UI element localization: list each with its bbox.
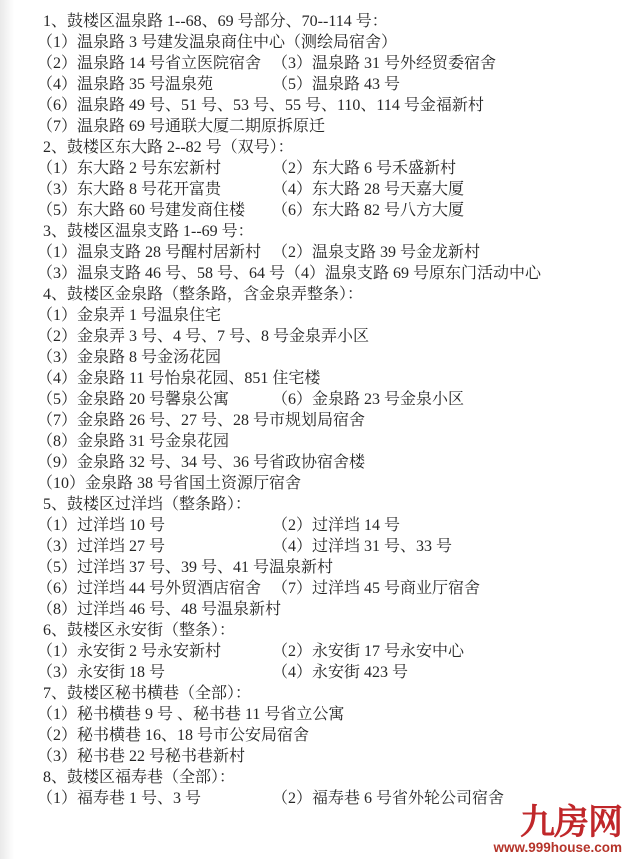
address-item: （6）过洋垱 44 号外贸酒店宿舍 xyxy=(37,578,272,599)
address-item: （8）金泉路 31 号金泉花园 xyxy=(37,431,229,452)
address-item: （7）温泉路 69 号通联大厦二期原拆原迁 xyxy=(37,116,325,137)
address-row: （5）金泉路 20 号馨泉公寓（6）金泉路 23 号金泉小区 xyxy=(37,389,621,410)
section-heading: 3、鼓楼区温泉支路 1--69 号： xyxy=(37,221,621,242)
address-item: （5）过洋垱 37 号、39 号、41 号温泉新村 xyxy=(37,557,333,578)
address-item: （7）过洋垱 45 号商业厅宿舍 xyxy=(272,578,480,599)
address-item: （5）温泉路 43 号 xyxy=(272,74,400,95)
address-item: （1）温泉支路 28 号醒村居新村 xyxy=(37,242,272,263)
address-item: （2）温泉支路 39 号金龙新村 xyxy=(272,242,480,263)
address-item: （3）温泉支路 46 号、58 号、64 号 xyxy=(37,263,285,284)
address-row: （9）金泉路 32 号、34 号、36 号省政协宿舍楼 xyxy=(37,452,621,473)
address-row: （1）福寿巷 1 号、3 号（2）福寿巷 6 号省外轮公司宿舍 xyxy=(37,788,621,809)
address-item: （8）过洋垱 46 号、48 号温泉新村 xyxy=(37,599,281,620)
address-item: （3）秘书巷 22 号秘书巷新村 xyxy=(37,746,245,767)
document-page: 1、鼓楼区温泉路 1--68、69 号部分、70--114 号：（1）温泉路 3… xyxy=(0,0,625,859)
address-row: （7）金泉路 26 号、27 号、28 号市规划局宿舍 xyxy=(37,410,621,431)
address-item: （1）温泉路 3 号建发温泉商住中心（测绘局宿舍） xyxy=(37,32,397,53)
address-item: （10）金泉路 38 号省国土资源厅宿舍 xyxy=(37,473,301,494)
address-row: （8）过洋垱 46 号、48 号温泉新村 xyxy=(37,599,621,620)
watermark-url: www.999house.com xyxy=(493,840,622,855)
address-item: （1）金泉弄 1 号温泉住宅 xyxy=(37,305,221,326)
address-item: （4）温泉路 35 号温泉苑 xyxy=(37,74,272,95)
address-item: （4）温泉支路 69 号原东门活动中心 xyxy=(285,263,541,284)
section-heading: 2、鼓楼区东大路 2--82 号（双号）： xyxy=(37,137,621,158)
address-item: （4）金泉路 11 号怡泉花园、851 住宅楼 xyxy=(37,368,320,389)
address-row: （3）东大路 8 号花开富贵（4）东大路 28 号天嘉大厦 xyxy=(37,179,621,200)
address-item: （3）金泉路 8 号金汤花园 xyxy=(37,347,221,368)
address-row: （2）金泉弄 3 号、4 号、7 号、8 号金泉弄小区 xyxy=(37,326,621,347)
address-row: （2）温泉路 14 号省立医院宿舍（3）温泉路 31 号外经贸委宿舍 xyxy=(37,53,621,74)
address-item: （1）永安街 2 号永安新村 xyxy=(37,641,272,662)
watermark: 九房网 www.999house.com xyxy=(493,806,622,855)
address-row: （5）过洋垱 37 号、39 号、41 号温泉新村 xyxy=(37,557,621,578)
section-heading: 4、鼓楼区金泉路（整条路，含金泉弄整条）： xyxy=(37,284,621,305)
address-item: （3）温泉路 31 号外经贸委宿舍 xyxy=(272,53,496,74)
address-row: （1）过洋垱 10 号（2）过洋垱 14 号 xyxy=(37,515,621,536)
address-item: （6）东大路 82 号八方大厦 xyxy=(272,200,464,221)
address-item: （3）永安街 18 号 xyxy=(37,662,272,683)
address-item: （2）东大路 6 号禾盛新村 xyxy=(272,158,456,179)
address-row: （10）金泉路 38 号省国土资源厅宿舍 xyxy=(37,473,621,494)
address-item: （2）永安街 17 号永安中心 xyxy=(272,641,464,662)
address-row: （1）东大路 2 号东宏新村（2）东大路 6 号禾盛新村 xyxy=(37,158,621,179)
address-item: （6）金泉路 23 号金泉小区 xyxy=(272,389,464,410)
address-item: （4）过洋垱 31 号、33 号 xyxy=(272,536,452,557)
address-item: （4）东大路 28 号天嘉大厦 xyxy=(272,179,464,200)
address-row: （1）永安街 2 号永安新村（2）永安街 17 号永安中心 xyxy=(37,641,621,662)
address-item: （1）东大路 2 号东宏新村 xyxy=(37,158,272,179)
address-row: （2）秘书横巷 16、18 号市公安局宿舍 xyxy=(37,725,621,746)
address-item: （2）温泉路 14 号省立医院宿舍 xyxy=(37,53,272,74)
address-item: （1）过洋垱 10 号 xyxy=(37,515,272,536)
address-item: （1）秘书横巷 9 号 、秘书巷 11 号省立公寓 xyxy=(37,704,344,725)
address-row: （1）温泉支路 28 号醒村居新村（2）温泉支路 39 号金龙新村 xyxy=(37,242,621,263)
address-item: （7）金泉路 26 号、27 号、28 号市规划局宿舍 xyxy=(37,410,365,431)
address-item: （6）温泉路 49 号、51 号、53 号、55 号、110、114 号金福新村 xyxy=(37,95,484,116)
scan-edge-shade xyxy=(0,0,14,859)
address-row: （3）秘书巷 22 号秘书巷新村 xyxy=(37,746,621,767)
address-item: （9）金泉路 32 号、34 号、36 号省政协宿舍楼 xyxy=(37,452,365,473)
section-heading: 5、鼓楼区过洋垱（整条路）： xyxy=(37,494,621,515)
address-item: （2）过洋垱 14 号 xyxy=(272,515,400,536)
section-heading: 7、鼓楼区秘书横巷（全部）： xyxy=(37,683,621,704)
address-row: （1）秘书横巷 9 号 、秘书巷 11 号省立公寓 xyxy=(37,704,621,725)
address-item: （3）过洋垱 27 号 xyxy=(37,536,272,557)
address-item: （3）东大路 8 号花开富贵 xyxy=(37,179,272,200)
address-row: （4）温泉路 35 号温泉苑（5）温泉路 43 号 xyxy=(37,74,621,95)
address-item: （5）东大路 60 号建发商住楼 xyxy=(37,200,272,221)
address-row: （6）过洋垱 44 号外贸酒店宿舍（7）过洋垱 45 号商业厅宿舍 xyxy=(37,578,621,599)
address-item: （2）秘书横巷 16、18 号市公安局宿舍 xyxy=(37,725,309,746)
section-heading: 1、鼓楼区温泉路 1--68、69 号部分、70--114 号： xyxy=(37,11,621,32)
address-row: （3）温泉支路 46 号、58 号、64 号（4）温泉支路 69 号原东门活动中… xyxy=(37,263,621,284)
address-row: （8）金泉路 31 号金泉花园 xyxy=(37,431,621,452)
address-row: （3）过洋垱 27 号（4）过洋垱 31 号、33 号 xyxy=(37,536,621,557)
document-body: 1、鼓楼区温泉路 1--68、69 号部分、70--114 号：（1）温泉路 3… xyxy=(37,11,621,809)
section-heading: 6、鼓楼区永安街（整条）： xyxy=(37,620,621,641)
address-row: （5）东大路 60 号建发商住楼（6）东大路 82 号八方大厦 xyxy=(37,200,621,221)
address-item: （2）福寿巷 6 号省外轮公司宿舍 xyxy=(272,788,504,809)
address-item: （5）金泉路 20 号馨泉公寓 xyxy=(37,389,272,410)
address-row: （6）温泉路 49 号、51 号、53 号、55 号、110、114 号金福新村 xyxy=(37,95,621,116)
address-item: （1）福寿巷 1 号、3 号 xyxy=(37,788,272,809)
address-row: （7）温泉路 69 号通联大厦二期原拆原迁 xyxy=(37,116,621,137)
section-heading: 8、鼓楼区福寿巷（全部）： xyxy=(37,767,621,788)
address-row: （1）金泉弄 1 号温泉住宅 xyxy=(37,305,621,326)
address-item: （4）永安街 423 号 xyxy=(272,662,408,683)
address-row: （4）金泉路 11 号怡泉花园、851 住宅楼 xyxy=(37,368,621,389)
address-row: （1）温泉路 3 号建发温泉商住中心（测绘局宿舍） xyxy=(37,32,621,53)
watermark-logo: 九房网 xyxy=(493,806,622,839)
address-row: （3）金泉路 8 号金汤花园 xyxy=(37,347,621,368)
address-row: （3）永安街 18 号（4）永安街 423 号 xyxy=(37,662,621,683)
address-item: （2）金泉弄 3 号、4 号、7 号、8 号金泉弄小区 xyxy=(37,326,369,347)
